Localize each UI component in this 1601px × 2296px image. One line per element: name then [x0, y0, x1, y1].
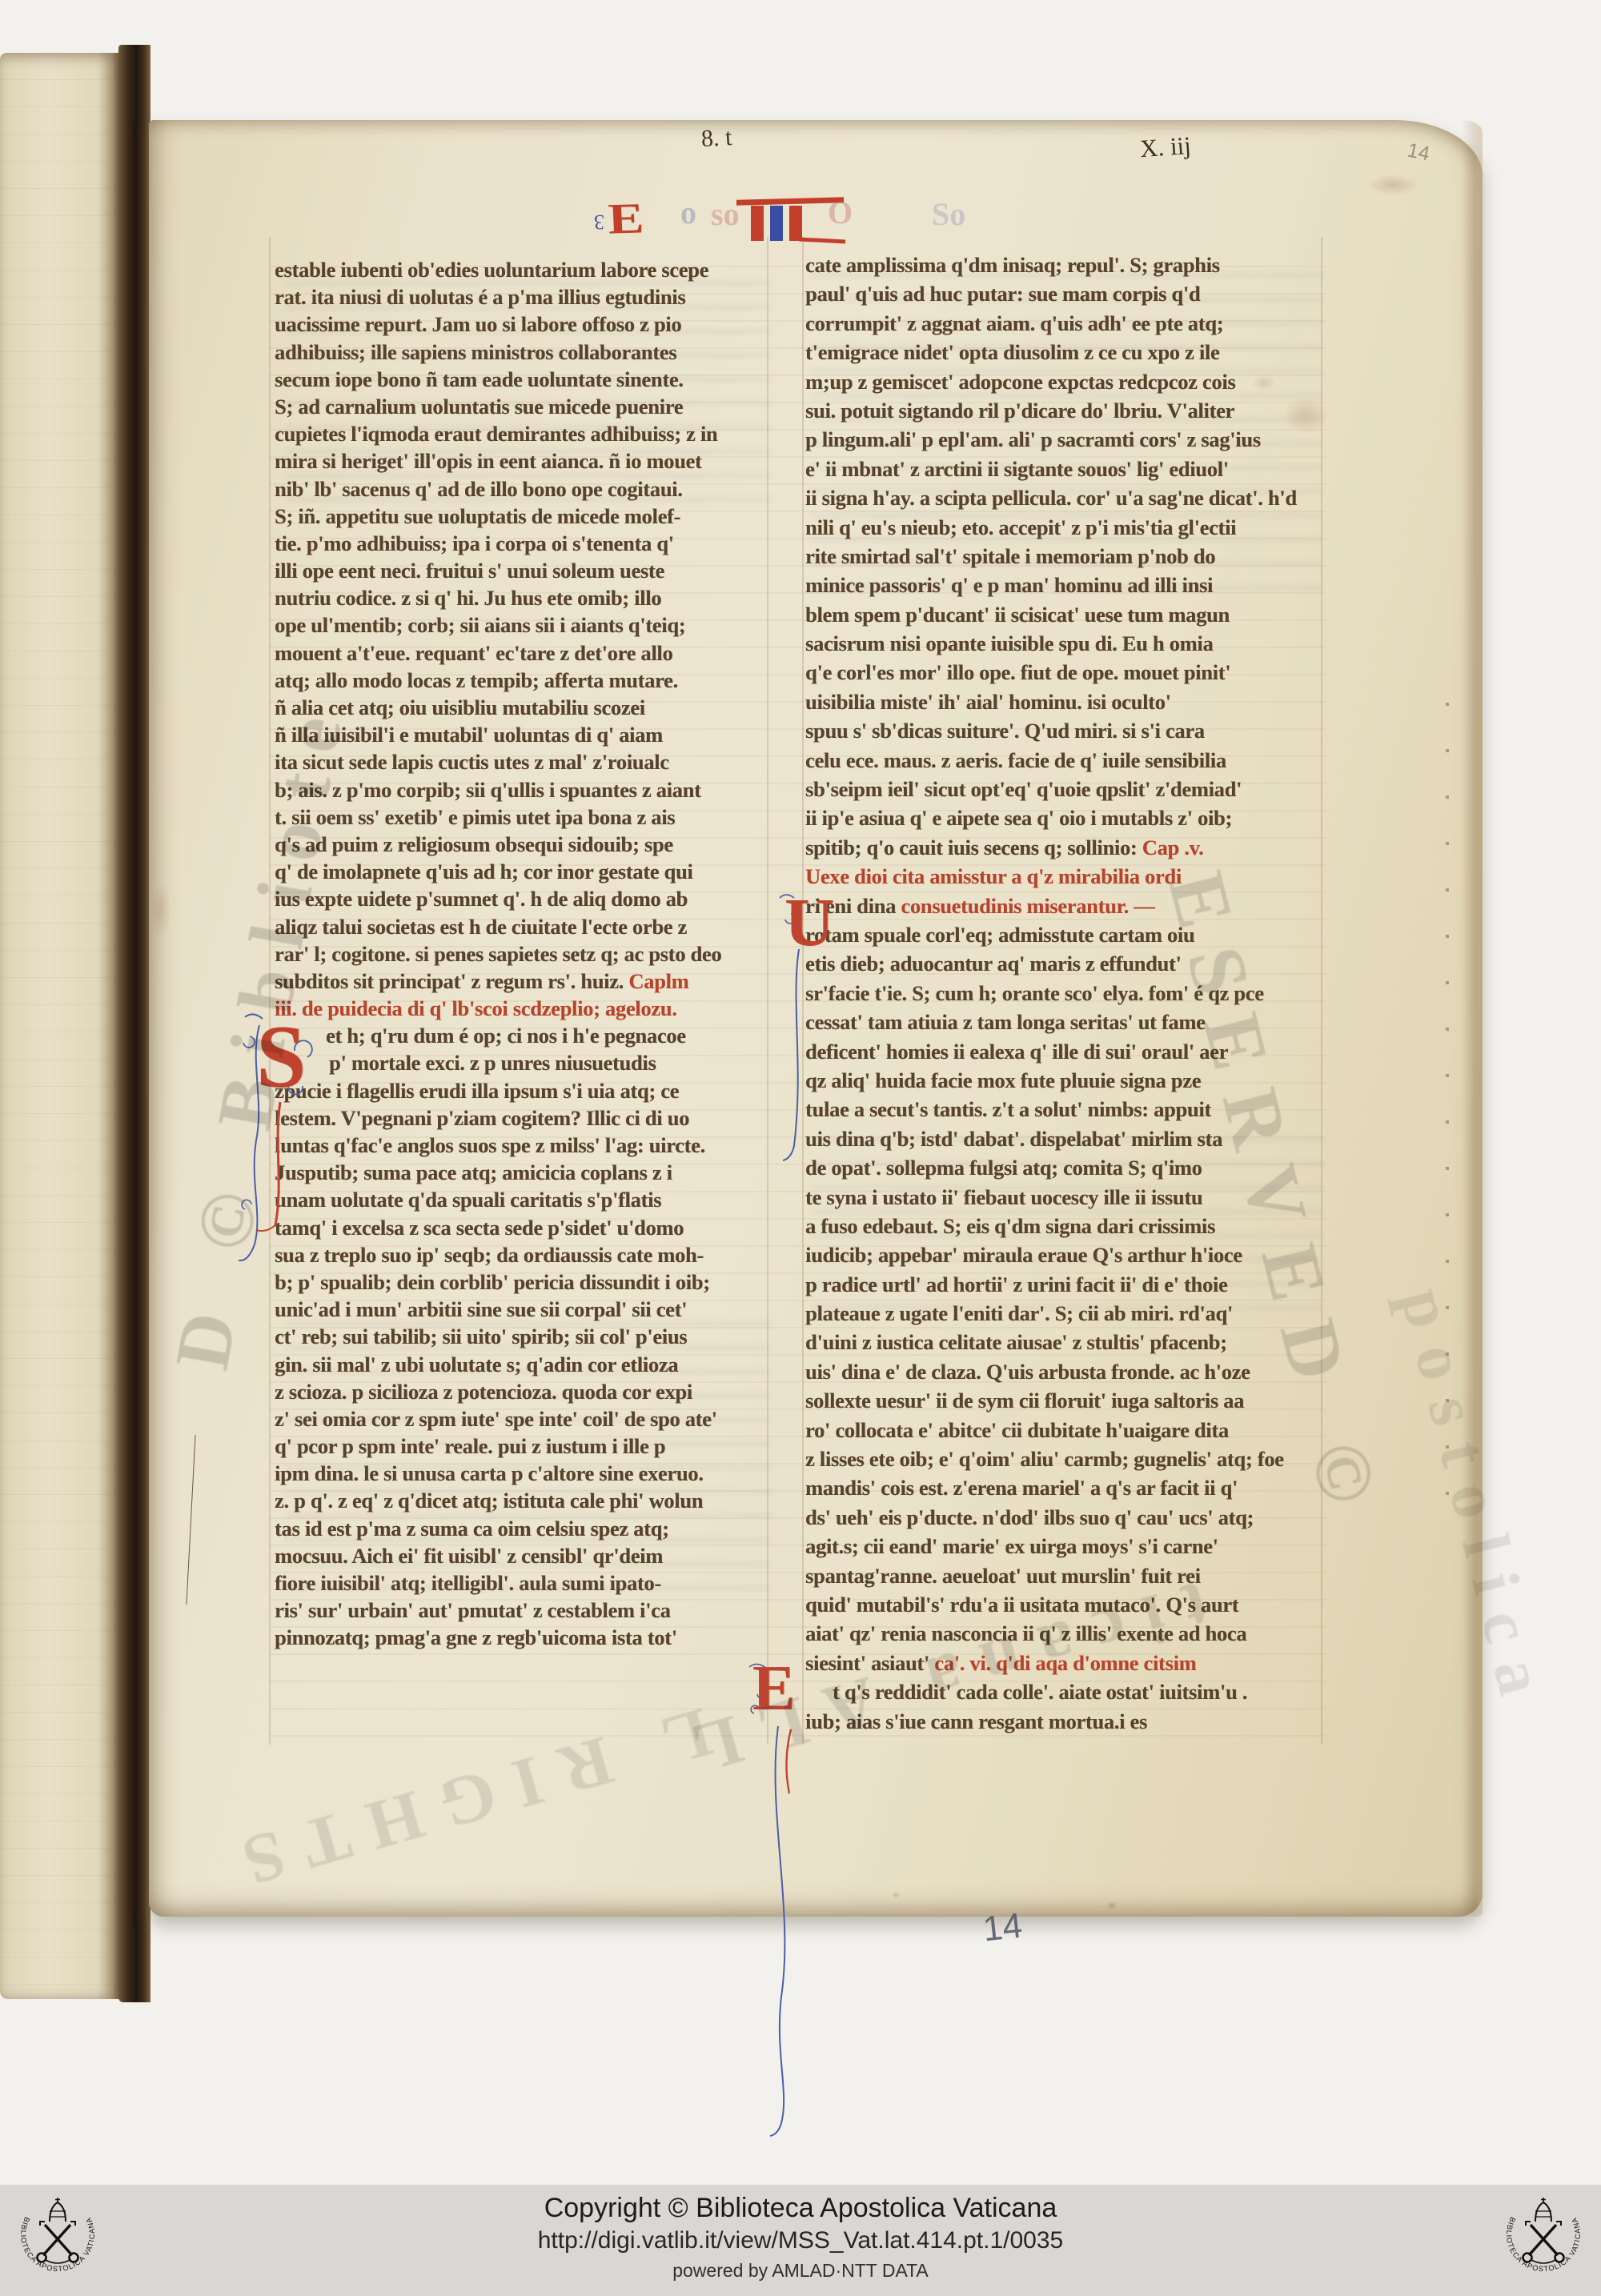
stain — [1367, 174, 1418, 195]
manuscript-text-line: e' ii mbnat' z arctini ii sigtante souos… — [805, 455, 1324, 483]
manuscript-text-line: q's ad puim z religiosum obsequi sidouib… — [275, 831, 769, 858]
manuscript-text-line: t'emigrace nidet' opta diusolim z ce cu … — [805, 338, 1324, 367]
manuscript-text-line: illi ope eent neci. fruitui s' unui sole… — [275, 557, 769, 584]
binding-gutter — [118, 45, 150, 2002]
crossed-keys-tiara-icon — [1523, 2198, 1564, 2263]
margin-bracket — [186, 1435, 200, 1605]
manuscript-text-line: t. sii oem ss' exetib' e pimis utet ipa … — [275, 803, 769, 831]
manuscript-text-line: p lingum.ali' p epl'am. ali' p sacramti … — [805, 425, 1324, 454]
manuscript-text-line: ii ip'e asiua q' e aipete sea q' oio i m… — [805, 803, 1324, 832]
manuscript-text-line: rat. ita niusi di uolutas é a p'ma illiu… — [275, 283, 769, 311]
manuscript-text-line: ius expte uidete p'sumnet q'. h de aliq … — [275, 885, 769, 912]
initial-letter: S — [256, 1006, 306, 1109]
manuscript-text-line: mouent a't'eue. requant' ec'tare z det'o… — [275, 639, 769, 667]
manuscript-text-line: rotam spuale corl'eq; admisstute cartam … — [805, 920, 1324, 949]
pencil-folio-number-top: 14 — [1405, 138, 1431, 166]
manuscript-text-line: fiore iuisibil' atq; itelligibl'. aula s… — [275, 1569, 769, 1597]
manuscript-text-line: uis dina q'b; istd' dabat'. dispelabat' … — [805, 1124, 1324, 1153]
old-foliation-mark: X. iij — [1139, 131, 1192, 163]
manuscript-text-line: nutriu codice. z si q' hi. Ju hus ete om… — [275, 584, 769, 611]
manuscript-text-line: uisibilia miste' ih' aial' hominu. isi o… — [805, 687, 1324, 716]
previous-folio-edge — [0, 53, 118, 1999]
manuscript-text-line: tas id est p'ma z suma ca oim celsiu spe… — [275, 1515, 769, 1542]
manuscript-text-line: ita sicut sede lapis cuctis utes z mal' … — [275, 748, 769, 775]
numeral-bar-blue: I — [770, 206, 783, 241]
manuscript-text-line: subditos sit principat' z regum rs'. hui… — [275, 968, 769, 995]
manuscript-text-line: a fuso edebaut. S; eis q'dm signa dari c… — [805, 1212, 1324, 1240]
manuscript-text-line: uis' dina e' de claza. Q'uis arbusta fro… — [805, 1357, 1324, 1386]
stain — [1282, 397, 1329, 434]
offset-ghost-letter: O — [828, 194, 853, 231]
manuscript-text-line: cate amplissima q'dm inisaq; repul'. S; … — [805, 250, 1324, 279]
quire-signature: 8. t — [700, 124, 732, 153]
manuscript-text-line: blem spem p'ducant' ii scisicat' uese tu… — [805, 600, 1324, 629]
manuscript-text-line: sb'seipm ieil' sicut opt'eq' q'uoie qpsl… — [805, 775, 1324, 803]
manuscript-text-line: aliqz talui societas est h de ciuitate l… — [275, 913, 769, 940]
manuscript-text-line: sacisrum nisi opante iuisible spu di. Eu… — [805, 629, 1324, 658]
manuscript-text-line: spuu s' sb'dicas suiture'. Q'ud miri. si… — [805, 716, 1324, 745]
offset-ghost-letter: So — [932, 195, 965, 233]
manuscript-text-line: ct' reb; sui tabilib; sii uito' spirib; … — [275, 1323, 769, 1350]
manuscript-text-line: qz aliq' huida facie mox fute pluuie sig… — [805, 1066, 1324, 1095]
footer-copyright-line: Copyright © Biblioteca Apostolica Vatica… — [0, 2191, 1601, 2225]
manuscript-text-line: deficent' homies ii ealexa q' ille di su… — [805, 1037, 1324, 1066]
manuscript-text-line: b; p' spualib; dein corblib' pericia dis… — [275, 1268, 769, 1296]
manuscript-text-line: p radice urtl' ad hortii' z urini facit … — [805, 1270, 1324, 1299]
manuscript-text-line: siesint' asiaut' ca'. vi. q'di aqa d'omn… — [805, 1649, 1324, 1677]
manuscript-text-line: b; ais. z p'mo corpib; sii q'ullis i spu… — [275, 776, 769, 803]
manuscript-text-line: sui. potuit sigtando ril p'dicare do' lb… — [805, 396, 1324, 425]
manuscript-text-line: nib' lb' sacenus q' ad de illo bono ope … — [275, 475, 769, 503]
text-column-right: cate amplissima q'dm inisaq; repul'. S; … — [805, 250, 1324, 1745]
manuscript-text-line: adhibuiss; ille sapiens ministros collab… — [275, 339, 769, 366]
manuscript-text-line: z' sei omia cor z spm iute' spe inte' co… — [275, 1405, 769, 1432]
initial-filigree — [743, 1653, 847, 2141]
manuscript-text-line: cessat' tam atiuia z tam longa seritas' … — [805, 1008, 1324, 1036]
manuscript-text-line: quid' mutabil's' rdu'a ii usitata mutaco… — [805, 1590, 1324, 1619]
manuscript-text-line: estable iubenti ob'edies uoluntarium lab… — [275, 256, 769, 283]
manuscript-text-line: rite smirtad sal't' spitale i memoriam p… — [805, 542, 1324, 571]
manuscript-text-line: q' de imolapnete q'uis ad h; cor inor ge… — [275, 858, 769, 885]
running-title-flourish: 3 — [594, 210, 604, 234]
manuscript-text-line: S; ad carnalium uoluntatis sue micede pu… — [275, 393, 769, 420]
manuscript-text-line: sr'facie t'ie. S; cum h; orante sco' ely… — [805, 979, 1324, 1008]
manuscript-text-line: d'uini z iustica celitate aiusae' z stul… — [805, 1328, 1324, 1356]
manuscript-text-line: te syna i ustato ii' fiebaut uocescy ill… — [805, 1183, 1324, 1212]
manuscript-text-line: secum iope bono ñ tam eade uoluntate sin… — [275, 366, 769, 393]
manuscript-text-line: spitib; q'o cauit iuis secens q; sollini… — [805, 833, 1324, 862]
manuscript-text-line: t q's reddidit' cada colle'. aiate ostat… — [805, 1677, 1324, 1706]
manuscript-text-line: paul' q'uis ad huc putar: sue mam corpis… — [805, 279, 1324, 308]
manuscript-text-line: ro' collocata e' abitce' cii dubitate h'… — [805, 1416, 1324, 1445]
manuscript-text-line: q' pcor p spm inte' reale. pui z iustum … — [275, 1432, 769, 1460]
manuscript-text-line: etis dieb; aduocantur aq' maris z effund… — [805, 949, 1324, 978]
pricking-holes — [1446, 703, 1449, 1535]
numeral-bottom-bar — [799, 237, 845, 243]
manuscript-text-line: tulae a secut's tantis. z't a solut' nim… — [805, 1095, 1324, 1124]
footer-text: Copyright © Biblioteca Apostolica Vatica… — [0, 2191, 1601, 2284]
text-column-left: estable iubenti ob'edies uoluntarium lab… — [275, 256, 769, 1655]
page-edge — [1462, 120, 1483, 1917]
manuscript-text-line: sollexte uesur' ii de sym cii floruit' i… — [805, 1386, 1324, 1415]
stain — [1252, 375, 1276, 391]
manuscript-text-line: rar' l; cogitone. si penes sapietes setz… — [275, 940, 769, 968]
column-rule — [269, 237, 271, 1745]
manuscript-text-line: ds' ueh' eis p'ducte. n'dod' ilbs suo q'… — [805, 1503, 1324, 1532]
manuscript-text-line: spantag'ranne. aeueloat' uut murslin' fu… — [805, 1561, 1324, 1590]
manuscript-text-line: corrumpit' z aggnat aiam. q'uis adh' ee … — [805, 309, 1324, 338]
manuscript-text-line: ris' sur' urbain' aut' pmutat' z cestabl… — [275, 1597, 769, 1624]
initial-letter: U — [784, 882, 834, 962]
copyright-footer: BIBLIOTECA APOSTOLICA VATICANA Copyright… — [0, 2185, 1601, 2296]
manuscript-text-line: tie. p'mo adhibuiss; ipa i corpa oi s'te… — [275, 530, 769, 557]
manuscript-text-line: iub; aias s'iue cann resgant mortua.i es — [805, 1707, 1324, 1736]
stain — [892, 1892, 900, 1898]
manuscript-text-line: atq; allo modo locas z tempib; afferta m… — [275, 667, 769, 694]
manuscript-text-line: mandis' cois est. z'erena mariel' a q's … — [805, 1473, 1324, 1502]
manuscript-text-line: ñ illa iuisibil'i e mutabil' uoluntas di… — [275, 721, 769, 748]
digitized-manuscript-scan: 8. t X. iij 14 3 E I I I o so O So estab… — [0, 0, 1601, 2296]
stain — [1106, 1901, 1117, 1909]
manuscript-text-line: mira si heriget' ill'opis in eent aianca… — [275, 447, 769, 475]
folio-number-bottom: 14 — [981, 1906, 1025, 1950]
manuscript-text-line: gin. sii mal' z ubi uolutate s; q'adin c… — [275, 1351, 769, 1378]
numeral-bar-red: I — [751, 206, 764, 241]
manuscript-text-line: ri eni dina consuetudinis miserantur. — — [805, 892, 1324, 920]
manuscript-text-line: cupietes l'iqmoda eraut demirantes adhib… — [275, 420, 769, 447]
manuscript-text-line: de opat'. sollepma fulgsi atq; comita S;… — [805, 1153, 1324, 1182]
manuscript-text-line: ipm dina. le si unusa carta p c'altore s… — [275, 1460, 769, 1487]
manuscript-text-line: nili q' eu's nieub; eto. accepit' z p'i … — [805, 513, 1324, 542]
offset-ghost-letter: so — [711, 195, 740, 233]
footer-url: http://digi.vatlib.it/view/MSS_Vat.lat.4… — [0, 2225, 1601, 2257]
manuscript-text-line: S; iñ. appetitu sue uoluptatis de micede… — [275, 503, 769, 530]
manuscript-text-line: unic'ad i mun' arbitii sine sue sii corp… — [275, 1296, 769, 1323]
logo-caption: BIBLIOTECA APOSTOLICA VATICANA — [1505, 2216, 1582, 2274]
vatican-library-logo-right: BIBLIOTECA APOSTOLICA VATICANA — [1494, 2190, 1593, 2292]
manuscript-text-line: minice passoris' q' e p man' hominu ad i… — [805, 571, 1324, 599]
manuscript-text-line: celu ece. maus. z aeris. facie de q' iui… — [805, 746, 1324, 775]
manuscript-text-line: plateaue z ugate l'eniti dar'. S; cii ab… — [805, 1299, 1324, 1328]
initial-letter: E — [752, 1653, 795, 1725]
stain — [150, 882, 171, 938]
manuscript-text-line: z lisses ete oib; e' q'oim' aliu' carmb;… — [805, 1445, 1324, 1473]
offset-ghost-letter: o — [680, 194, 696, 231]
manuscript-text-line: m;up z gemiscet' adopcone expctas redcpc… — [805, 367, 1324, 396]
manuscript-text-line: q'e corl'es mor' illo ope. fiut de ope. … — [805, 658, 1324, 687]
manuscript-text-line: iudicib; appebar' miraula eraue Q's arth… — [805, 1240, 1324, 1269]
manuscript-text-line: pinnozatq; pmag'a gne z regb'uicoma ista… — [275, 1624, 769, 1651]
manuscript-text-line: ii signa h'ay. a scipta pellicula. cor' … — [805, 483, 1324, 512]
manuscript-text-line: ope ul'mentib; corb; sii aians sii i aia… — [275, 611, 769, 639]
manuscript-text-line: ñ alia cet atq; oiu uisibliu mutabiliu s… — [275, 694, 769, 721]
running-title-letter: E — [607, 193, 645, 243]
numeral-bar-red: I — [789, 206, 802, 241]
manuscript-text-line: z. p q'. z eq' z q'dicet atq; istituta c… — [275, 1487, 769, 1514]
manuscript-text-line: mocsuu. Aich ei' fit uisibl' z censibl' … — [275, 1542, 769, 1569]
manuscript-text-line: z scioza. p sicilioza z potencioza. quod… — [275, 1378, 769, 1405]
manuscript-folio: 8. t X. iij 14 3 E I I I o so O So estab… — [149, 120, 1483, 1917]
manuscript-text-line: agit.s; cii eand' marie' ex uirga moys' … — [805, 1532, 1324, 1561]
footer-powered-by: powered by AMLAD·NTT DATA — [0, 2257, 1601, 2284]
manuscript-text-line: aiat' qz' renia nasconcia ii q' z illis'… — [805, 1619, 1324, 1648]
svg-text:BIBLIOTECA APOSTOLICA VATICANA: BIBLIOTECA APOSTOLICA VATICANA — [1505, 2216, 1582, 2274]
manuscript-text-line: uacissime repurt. Jam uo si labore offos… — [275, 311, 769, 338]
manuscript-text-line: Uexe dioi cita amisstur a q'z mirabilia … — [805, 862, 1324, 891]
